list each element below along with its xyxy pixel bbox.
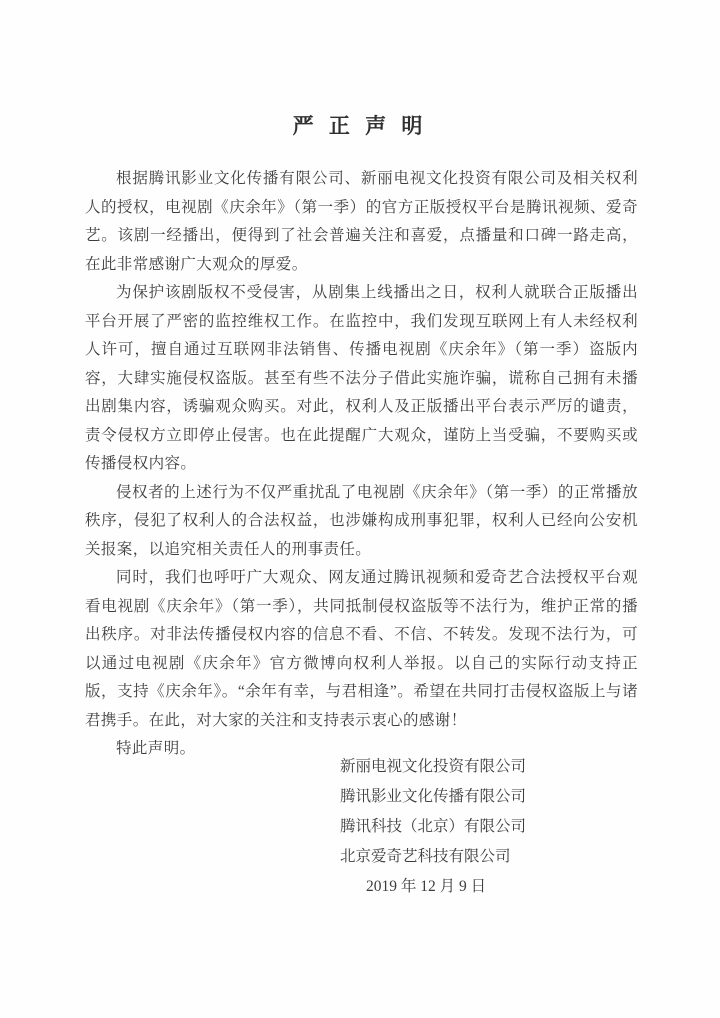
signature-company-2: 腾讯影业文化传播有限公司 — [340, 782, 526, 812]
statement-paragraph-1: 根据腾讯影业文化传播有限公司、新丽电视文化投资有限公司及相关权利人的授权，电视剧… — [85, 165, 638, 279]
statement-paragraph-3: 侵权者的上述行为不仅严重扰乱了电视剧《庆余年》（第一季）的正常播放秩序，侵犯了权… — [85, 479, 638, 565]
signature-date: 2019 年 12 月 9 日 — [340, 872, 526, 902]
statement-paragraph-4: 同时，我们也呼吁广大观众、网友通过腾讯视频和爱奇艺合法授权平台观看电视剧《庆余年… — [85, 564, 638, 735]
statement-body: 根据腾讯影业文化传播有限公司、新丽电视文化投资有限公司及相关权利人的授权，电视剧… — [85, 165, 638, 764]
statement-paragraph-2: 为保护该剧版权不受侵害，从剧集上线播出之日，权利人就联合正版播出平台开展了严密的… — [85, 279, 638, 479]
page-title: 严 正 声 明 — [0, 110, 720, 140]
signature-company-3: 腾讯科技（北京）有限公司 — [340, 812, 526, 842]
signature-company-1: 新丽电视文化投资有限公司 — [340, 752, 526, 782]
signature-company-4: 北京爱奇艺科技有限公司 — [340, 842, 526, 872]
document-page: 严 正 声 明 根据腾讯影业文化传播有限公司、新丽电视文化投资有限公司及相关权利… — [0, 0, 720, 1018]
signature-block: 新丽电视文化投资有限公司 腾讯影业文化传播有限公司 腾讯科技（北京）有限公司 北… — [340, 752, 526, 902]
